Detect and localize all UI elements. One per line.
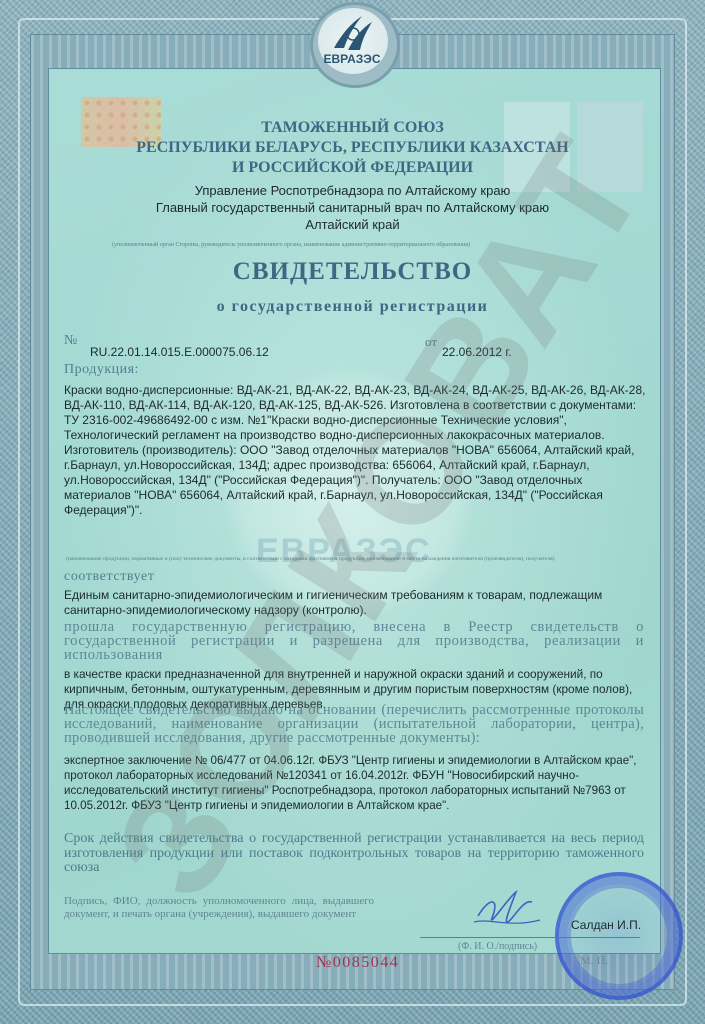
signature-scribble-icon: [470, 888, 550, 936]
authority-line-2: Главный государственный санитарный врач …: [0, 199, 705, 216]
product-label: Продукция:: [64, 362, 139, 378]
basis-label: Настоящее свидетельство выдано на основа…: [64, 703, 644, 745]
official-stamp: [555, 872, 683, 1000]
certificate-title: СВИДЕТЕЛЬСТВО: [0, 258, 705, 286]
number-label: №: [64, 333, 77, 349]
registration-number: RU.22.01.14.015.Е.000075.06.12: [90, 345, 269, 359]
union-line-1: ТАМОЖЕННЫЙ СОЮЗ: [0, 118, 705, 138]
date-label: от: [425, 334, 437, 350]
certificate-subtitle: о государственной регистрации: [0, 298, 705, 316]
union-line-2: РЕСПУБЛИКИ БЕЛАРУСЬ, РЕСПУБЛИКИ КАЗАХСТА…: [0, 138, 705, 158]
authority-line-1: Управление Роспотребнадзора по Алтайском…: [0, 182, 705, 199]
conformity-label: соответствует: [64, 569, 155, 585]
union-line-3: И РОССИЙСКОЙ ФЕДЕРАЦИИ: [0, 158, 705, 178]
customs-union-heading: ТАМОЖЕННЫЙ СОЮЗ РЕСПУБЛИКИ БЕЛАРУСЬ, РЕС…: [0, 118, 705, 178]
serial-number: №0085044: [316, 954, 399, 972]
conformity-text: Единым санитарно-эпидемиологическим и ги…: [64, 588, 644, 618]
signature-line: [420, 937, 640, 938]
product-caption: (наименование продукции, нормативные и (…: [66, 556, 555, 562]
issuing-authority: Управление Роспотребнадзора по Алтайском…: [0, 182, 705, 233]
basis-documents: экспертное заключение № 06/477 от 04.06.…: [64, 753, 654, 813]
signature-caption: Подпись, ФИО, должность уполномоченного …: [64, 895, 374, 921]
authority-caption: (уполномоченный орган Стороны, руководит…: [112, 242, 470, 248]
seal-mark: М. П.: [580, 953, 608, 968]
registration-statement: прошла государственную регистрацию, внес…: [64, 620, 644, 662]
product-description: Краски водно-дисперсионные: ВД-АК-21, ВД…: [64, 383, 647, 518]
registration-date: 22.06.2012 г.: [442, 345, 512, 359]
validity-statement: Срок действия свидетельства о государств…: [64, 832, 644, 876]
signature-line-caption: (Ф. И. О./подпись): [458, 940, 537, 953]
signatory-name: Салдан И.П.: [571, 918, 641, 932]
authority-line-3: Алтайский край: [0, 216, 705, 233]
